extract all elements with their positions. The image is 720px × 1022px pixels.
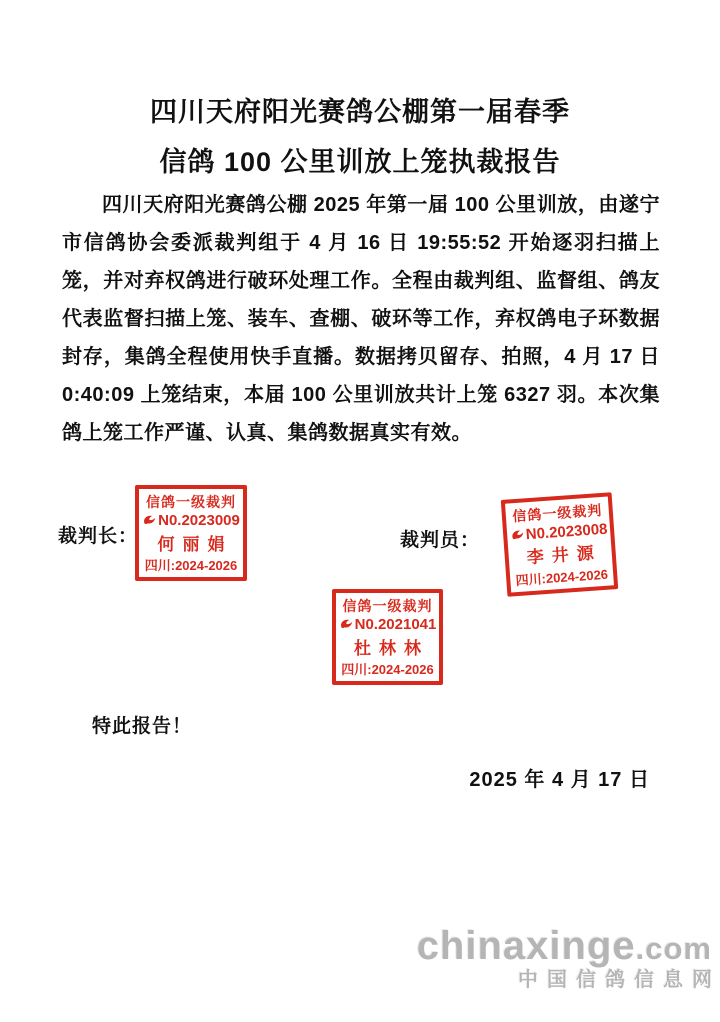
document-page: 四川天府阳光赛鸽公棚第一届春季 信鸽 100 公里训放上笼执裁报告 四川天府阳光… [0, 0, 720, 1022]
stamp-title: 信鸽一级裁判 [146, 492, 236, 512]
stamp-name: 杜林林 [354, 634, 429, 659]
stamp-number: N0.2023009 [158, 512, 240, 529]
watermark-site-url: chinaxinge.com [417, 926, 712, 966]
watermark-site-main: chinaxinge [417, 924, 636, 968]
pigeon-logo-icon [339, 617, 354, 632]
report-title-line2: 信鸽 100 公里训放上笼执裁报告 [0, 140, 720, 179]
judge-label: 裁判员： [400, 525, 480, 552]
closing-statement: 特此报告！ [92, 711, 192, 738]
chief-judge-label: 裁判长： [58, 521, 138, 548]
pigeon-logo-icon [142, 513, 157, 528]
stamp-number-row: N0.2023009 [142, 512, 240, 529]
stamp-region: 四川:2024-2026 [145, 555, 238, 574]
report-body-paragraph: 四川天府阳光赛鸽公棚 2025 年第一届 100 公里训放，由遂宁市信鸽协会委派… [62, 186, 660, 452]
stamp-name: 何丽娟 [158, 530, 233, 555]
watermark: chinaxinge.com 中国信鸽信息网 [417, 926, 712, 990]
report-title-line1: 四川天府阳光赛鸽公棚第一届春季 [0, 90, 720, 129]
stamp-number: N0.2021041 [355, 616, 437, 633]
watermark-site-tld: .com [636, 931, 712, 966]
judge-seal-chief: 信鸽一级裁判 N0.2023009 何丽娟 四川:2024-2026 [135, 485, 247, 581]
watermark-site-name: 中国信鸽信息网 [417, 970, 720, 990]
stamp-number-row: N0.2021041 [339, 616, 437, 633]
report-date: 2025 年 4 月 17 日 [469, 763, 650, 792]
judge-seal-member-2: 信鸽一级裁判 N0.2021041 杜林林 四川:2024-2026 [332, 589, 443, 685]
judge-seal-member-1: 信鸽一级裁判 N0.2023008 李井源 四川:2024-2026 [501, 492, 618, 597]
stamp-title: 信鸽一级裁判 [343, 596, 433, 616]
stamp-region: 四川:2024-2026 [341, 659, 434, 678]
pigeon-logo-icon [509, 527, 525, 543]
